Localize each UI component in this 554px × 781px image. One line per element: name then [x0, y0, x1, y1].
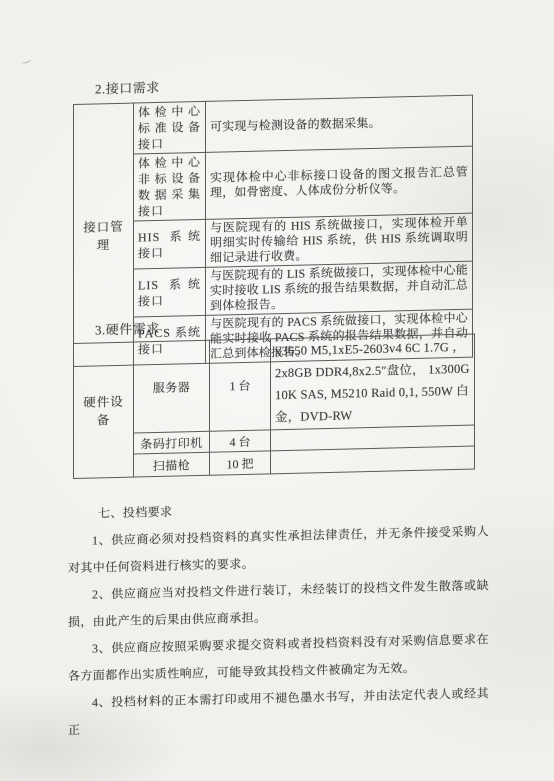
interface-desc-cell: 可实现与检测设备的数据采集。: [206, 95, 473, 152]
hardware-requirements-table: 硬件设备 服务器 1 台 x3650 M5,1xE5-2603v4 6C 1.7…: [73, 334, 475, 479]
requirement-paragraph: 2、供应商应当对投档文件进行装订，未经装订的投档文件发生散落或缺损，由此产生的后…: [68, 572, 489, 636]
hardware-item-cell: 条码打印机: [134, 431, 210, 454]
interface-name-cell: LIS 系统接口: [134, 267, 206, 317]
requirement-paragraph: 4、投档材料的正本需打印或用不褪色墨水书写，并由法定代表人或经其正: [68, 680, 489, 744]
hardware-qty-cell: 1 台: [210, 339, 271, 431]
pencil-mark: [20, 56, 31, 65]
hardware-qty-cell: 10 把: [210, 451, 271, 475]
section-heading-hardware: 3.硬件需求: [95, 318, 160, 339]
requirement-paragraph: 1、供应商必须对投档资料的真实性承担法律责任，并无条件接受采购人对其中任何资料进…: [68, 518, 489, 582]
interface-desc-cell: 与医院现有的 HIS 系统做接口，实现体检开单明细实时传输给 HIS 系统，供 …: [206, 213, 473, 267]
hardware-spec-cell: x3650 M5,1xE5-2603v4 6C 1.7G ， 2x8GB DDR…: [271, 334, 475, 430]
hardware-category-cell: 硬件设备: [74, 342, 134, 478]
interface-name-cell: HIS 系统接口: [134, 219, 206, 269]
interface-desc-cell: 与医院现有的 LIS 系统做接口，实现体检中心能实时接收 LIS 系统的报告结果…: [206, 261, 473, 315]
hardware-qty-cell: 4 台: [210, 430, 271, 452]
scanned-content: 2.接口需求 接口管理 体检中心标准设备接口 可实现与检测设备的数据采集。 体检…: [0, 0, 554, 781]
requirements-section: 七、投档要求 1、供应商必须对投档资料的真实性承担法律责任，并无条件接受采购人对…: [68, 491, 489, 744]
interface-row: 接口管理 体检中心标准设备接口 可实现与检测设备的数据采集。: [74, 95, 473, 155]
hardware-item-cell: 服务器: [134, 340, 210, 433]
interface-desc-cell: 实现体检中心非标接口设备的图文报告汇总管理，如骨密度、人体成份分析仪等。: [206, 146, 473, 219]
interface-name-cell: 体检中心标准设备接口: [134, 101, 206, 154]
hardware-spec-cell: [271, 446, 475, 474]
hardware-item-cell: 扫描枪: [134, 452, 210, 477]
section-heading-interface: 2.接口需求: [95, 77, 160, 98]
interface-name-cell: 体检中心非标设备数据采集接口: [134, 152, 206, 221]
hardware-row: 硬件设备 服务器 1 台 x3650 M5,1xE5-2603v4 6C 1.7…: [74, 334, 475, 434]
requirement-paragraph: 3、供应商应按照采购要求提交资料或者投档资料没有对采购信息要求在各方面都作出实质…: [68, 626, 489, 690]
interface-row: 体检中心非标设备数据采集接口 实现体检中心非标接口设备的图文报告汇总管理，如骨密…: [74, 146, 473, 222]
document-page: 2.接口需求 接口管理 体检中心标准设备接口 可实现与检测设备的数据采集。 体检…: [0, 0, 554, 781]
